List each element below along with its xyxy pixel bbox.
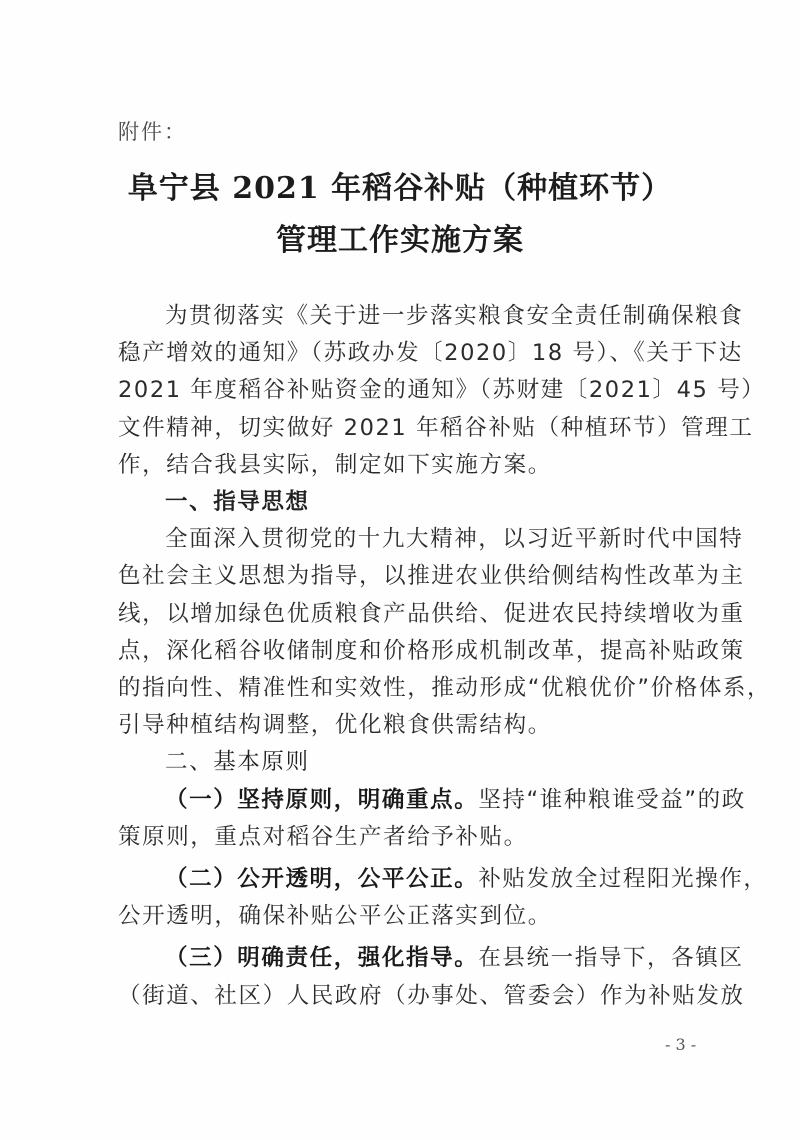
principle-text: 补贴发放全过程阳光操作， xyxy=(478,866,767,892)
principle-first-line: （一）坚持原则，明确重点。坚持“谁种粮谁受益”的政 xyxy=(118,782,698,819)
text-line: 作，结合我县实际，制定如下实施方案。 xyxy=(118,447,698,484)
intro-paragraph: 为贯彻落实《关于进一步落实粮食安全责任制确保粮食 稳产增效的通知》（苏政办发〔2… xyxy=(118,298,698,484)
document-page: 附件： 阜宁县 2021 年稻谷补贴（种植环节） 管理工作实施方案 为贯彻落实《… xyxy=(0,0,800,1140)
section-heading-basic-principles: 二、基本原则 xyxy=(118,744,698,781)
document-title-line1: 阜宁县 2021 年稻谷补贴（种植环节） xyxy=(0,163,800,207)
principle-text: 在县统一指导下，各镇区 xyxy=(478,945,743,971)
text-line: 线，以增加绿色优质粮食产品供给、促进农民持续增收为重 xyxy=(118,596,698,633)
principle-item-3: （三）明确责任，强化指导。在县统一指导下，各镇区 （街道、社区）人民政府（办事处… xyxy=(118,940,698,1014)
text-line: 策原则，重点对稻谷生产者给予补贴。 xyxy=(118,819,698,856)
page-number: - 3 - xyxy=(665,1035,696,1054)
section-heading-guiding-ideology: 一、指导思想 xyxy=(118,484,698,521)
principle-title: （一）坚持原则，明确重点。 xyxy=(165,787,478,813)
principle-item-2: （二）公开透明，公平公正。补贴发放全过程阳光操作， 公开透明，确保补贴公平公正落… xyxy=(118,861,698,935)
principle-text: 坚持“谁种粮谁受益”的政 xyxy=(478,787,746,813)
attachment-label: 附件： xyxy=(118,116,187,146)
text-line: 公开透明，确保补贴公平公正落实到位。 xyxy=(118,898,698,935)
principle-first-line: （三）明确责任，强化指导。在县统一指导下，各镇区 xyxy=(118,940,698,977)
text-line: 点，深化稻谷收储制度和价格形成机制改革，提高补贴政策 xyxy=(118,633,698,670)
text-line: 色社会主义思想为指导，以推进农业供给侧结构性改革为主 xyxy=(118,558,698,595)
principle-title: （三）明确责任，强化指导。 xyxy=(165,945,478,971)
guiding-ideology-paragraph: 全面深入贯彻党的十九大精神，以习近平新时代中国特 色社会主义思想为指导，以推进农… xyxy=(118,521,698,744)
text-line: 2021 年度稻谷补贴资金的通知》（苏财建〔2021〕45 号） xyxy=(118,372,698,409)
document-body: 为贯彻落实《关于进一步落实粮食安全责任制确保粮食 稳产增效的通知》（苏政办发〔2… xyxy=(118,298,698,1015)
document-title-line2: 管理工作实施方案 xyxy=(0,215,800,259)
text-line: 稳产增效的通知》（苏政办发〔2020〕18 号）、《关于下达 xyxy=(118,335,698,372)
principle-item-1: （一）坚持原则，明确重点。坚持“谁种粮谁受益”的政 策原则，重点对稻谷生产者给予… xyxy=(118,782,698,856)
text-line: 的指向性、精准性和实效性，推动形成“优粮优价”价格体系， xyxy=(118,670,698,707)
text-line: （街道、社区）人民政府（办事处、管委会）作为补贴发放 xyxy=(118,978,698,1015)
text-line: 引导种植结构调整，优化粮食供需结构。 xyxy=(118,707,698,744)
principle-title: （二）公开透明，公平公正。 xyxy=(165,866,478,892)
text-line: 文件精神，切实做好 2021 年稻谷补贴（种植环节）管理工 xyxy=(118,410,698,447)
text-line: 为贯彻落实《关于进一步落实粮食安全责任制确保粮食 xyxy=(118,298,698,335)
principle-first-line: （二）公开透明，公平公正。补贴发放全过程阳光操作， xyxy=(118,861,698,898)
text-line: 全面深入贯彻党的十九大精神，以习近平新时代中国特 xyxy=(118,521,698,558)
